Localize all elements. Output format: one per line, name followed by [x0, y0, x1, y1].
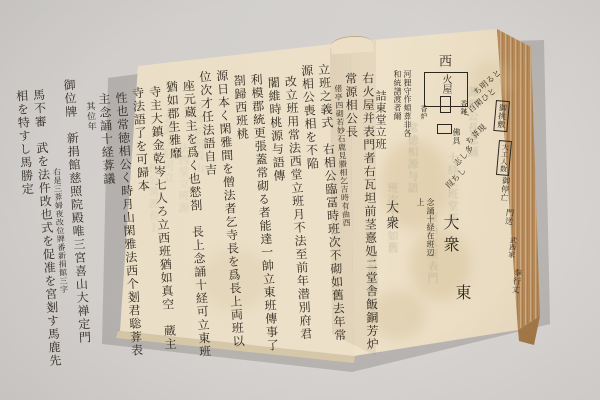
left-page-text: 偖亭四砌若妙石鹿見賸相乞吉時有曲酉 立班之義式 右相公臨冨時班次不砌如舊去年常源…	[119, 50, 359, 363]
daishu-small-label: 大衆	[381, 200, 400, 232]
diagram-west-label: 西	[434, 54, 453, 67]
daishu-large-label: 大衆	[439, 214, 462, 258]
diagram-building-label: 火屋	[439, 74, 451, 94]
tab-label-1: 御挑敷	[493, 100, 510, 132]
edge-note: 門送	[503, 208, 515, 226]
east-hall-column: 詰東堂立班	[373, 90, 388, 170]
diagram-door	[440, 96, 451, 113]
small-note-column: 河狸守作頬葊非各	[402, 70, 412, 160]
small-note-column: 和統譜渡者爾	[392, 70, 402, 160]
diagram-lower-box	[437, 124, 452, 134]
nenju-note: 念誦十経在班辺上	[415, 198, 435, 258]
photo-background: 位牌新館殿山 法西堂立班源 念誦十経可立 相公常源長上 源相公長念誦 十経立班堂…	[0, 0, 600, 400]
diagram-left-note: 香炉	[419, 105, 428, 119]
diagram-lower-note: 佛具	[451, 128, 461, 145]
small-note-pair: 河狸守作頬葊非各 和統譜渡者爾	[392, 70, 412, 160]
east-label: 東	[451, 284, 474, 300]
